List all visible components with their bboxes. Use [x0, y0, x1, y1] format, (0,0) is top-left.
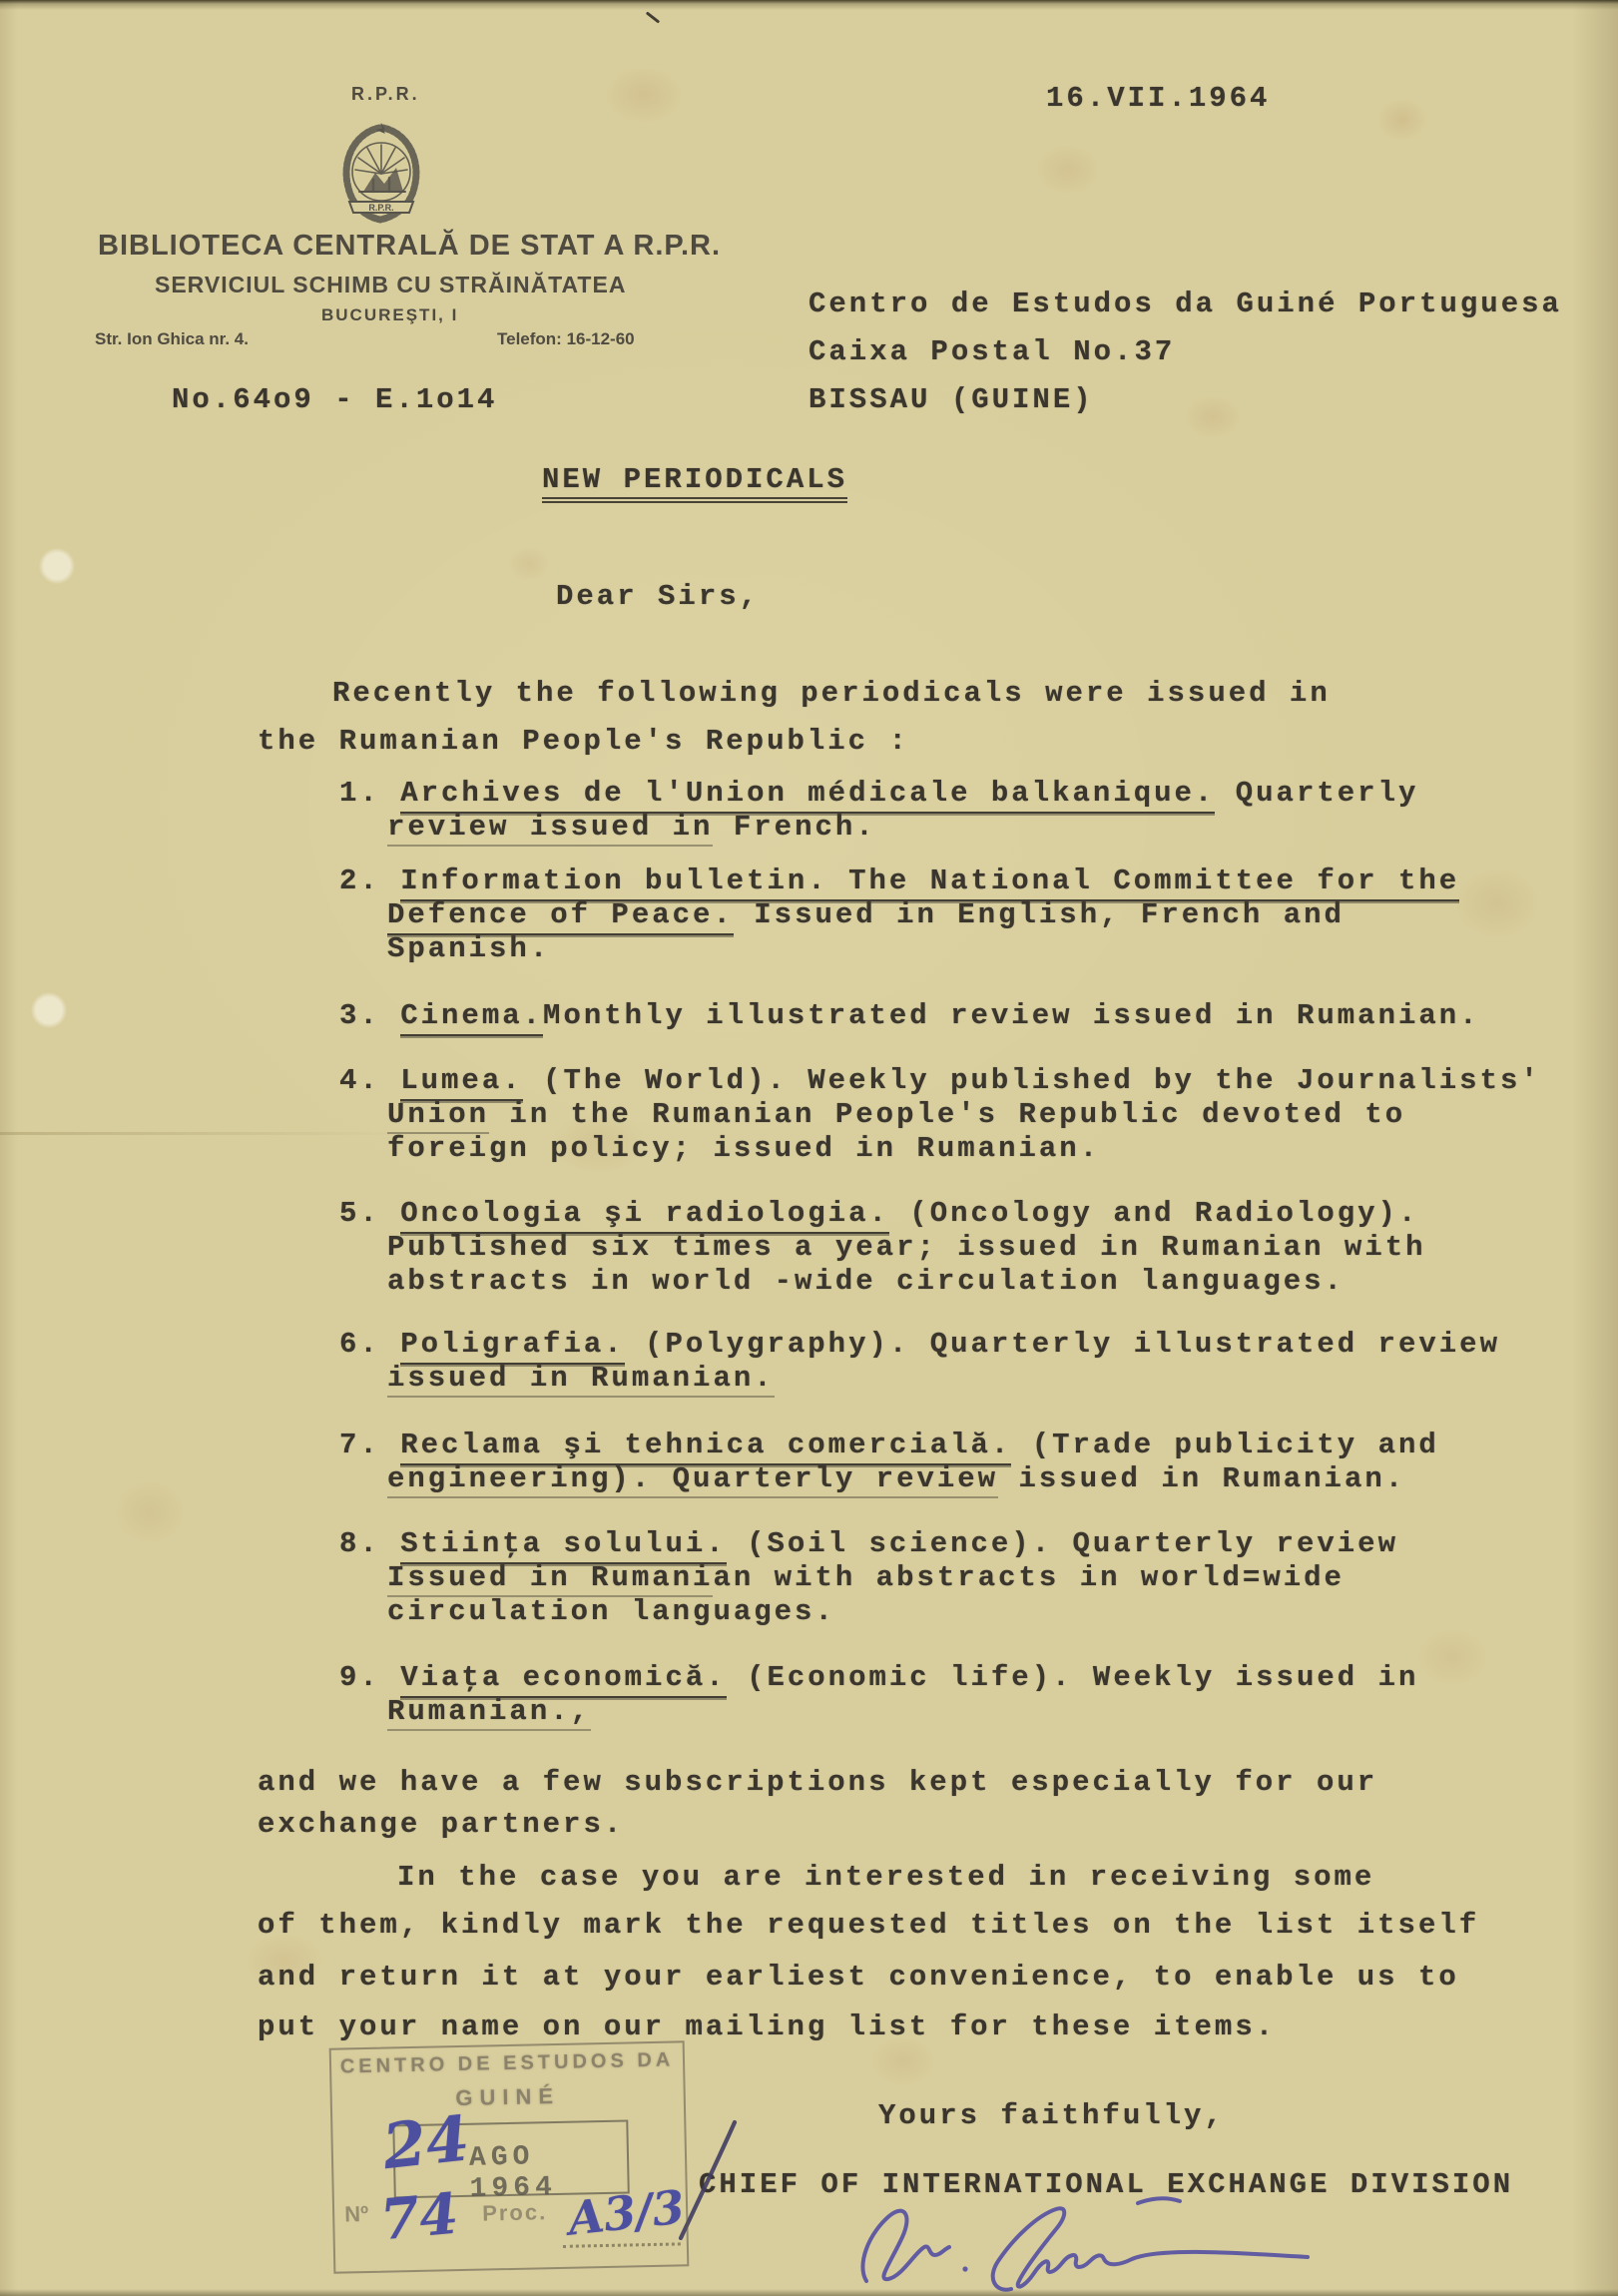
body-line: 1. Archives de l'Union médicale balkaniq…: [339, 779, 1418, 808]
periodical-title: Viaţa economică.: [400, 1661, 726, 1698]
recipient-city: BISSAU (GUINE): [809, 385, 1094, 414]
body-text: foreign policy; issued in Rumanian.: [387, 1132, 1100, 1165]
body-text: review issued in: [387, 811, 713, 847]
body-text: (Polygraphy). Quarterly illustrated revi…: [625, 1328, 1500, 1361]
body-line: put your name on our mailing list for th…: [258, 2012, 1276, 2041]
body-text: 3.: [339, 999, 400, 1032]
body-line: 6. Poligrafia. (Polygraphy). Quarterly i…: [339, 1330, 1500, 1359]
letterhead-service: SERVICIUL SCHIMB CU STRĂINĂTATEA: [155, 272, 626, 298]
body-text: 4.: [339, 1064, 400, 1097]
body-line: foreign policy; issued in Rumanian.: [387, 1134, 1100, 1163]
body-text: circulation languages.: [387, 1595, 835, 1628]
pen-mark: [646, 11, 660, 23]
body-text: and return it at your earliest convenien…: [258, 1961, 1459, 1994]
stamp-proc-label: Proc.: [482, 2199, 548, 2226]
body-text: engineering). Quarterly review: [387, 1462, 998, 1498]
punch-hole-bottom: [31, 992, 67, 1028]
periodical-title: Archives de l'Union médicale balkanique.: [400, 777, 1215, 814]
body-text: 2.: [339, 864, 400, 897]
periodical-title: Poligrafia.: [400, 1328, 624, 1365]
body-text: (Economic life). Weekly issued in: [727, 1661, 1419, 1694]
body-line: 2. Information bulletin. The National Co…: [339, 866, 1459, 895]
periodical-title: Stiinţa solului.: [400, 1527, 726, 1564]
body-text: the Rumanian People's Republic :: [258, 725, 909, 758]
body-text: Issued in English, French and: [734, 898, 1345, 931]
body-text: abstracts in world -wide circulation lan…: [387, 1265, 1345, 1298]
body-text: 7.: [339, 1429, 400, 1461]
body-line: 9. Viaţa economică. (Economic life). Wee…: [339, 1663, 1418, 1692]
reference-number: No.64o9 - E.1o14: [172, 385, 497, 414]
body-line: and we have a few subscriptions kept esp…: [258, 1768, 1377, 1797]
body-line: 8. Stiinţa solului. (Soil science). Quar…: [339, 1529, 1398, 1558]
body-text: 5.: [339, 1197, 400, 1230]
body-text: Recently the following periodicals were …: [332, 677, 1331, 710]
recipient-name: Centro de Estudos da Guiné Portuguesa: [809, 289, 1562, 318]
body-text: exchange partners.: [258, 1808, 624, 1841]
body-line: and return it at your earliest convenien…: [258, 1963, 1459, 1992]
body-text: 1.: [339, 777, 400, 810]
body-line: Published six times a year; issued in Ru…: [387, 1233, 1426, 1262]
body-text: issued in Rumanian.: [998, 1462, 1405, 1495]
periodical-title: Reclama şi tehnica comercială.: [400, 1429, 1011, 1465]
body-line: issued in Rumanian.: [387, 1364, 775, 1393]
letterhead-rpr-label: R.P.R.: [351, 84, 420, 105]
body-line: 7. Reclama şi tehnica comercială. (Trade…: [339, 1431, 1439, 1459]
body-text: (The World). Weekly published by the Jou…: [523, 1064, 1541, 1097]
punch-hole-top: [39, 548, 75, 584]
salutation: Dear Sirs,: [556, 582, 760, 611]
body-line: abstracts in world -wide circulation lan…: [387, 1267, 1345, 1296]
body-text: French.: [713, 811, 875, 844]
stamp-number-label: Nº: [344, 2201, 368, 2227]
body-text: (Soil science). Quarterly review: [727, 1527, 1398, 1560]
body-line: exchange partners.: [258, 1810, 624, 1839]
letterhead-street-address: Str. Ion Ghica nr. 4.: [95, 329, 249, 349]
body-line: Union in the Rumanian People's Republic …: [387, 1100, 1405, 1129]
stamp-org-line2: GUINÉ: [332, 2080, 684, 2113]
body-line: review issued in French.: [387, 813, 876, 842]
periodical-title: Defence of Peace.: [387, 898, 734, 935]
body-line: Issued in Rumanian with abstracts in wor…: [387, 1563, 1345, 1592]
stamp-handwritten-day: 24: [379, 2101, 473, 2183]
rpr-coat-of-arms-emblem: R.P.R.: [333, 118, 429, 224]
body-line: In the case you are interested in receiv…: [397, 1863, 1374, 1892]
body-line: 4. Lumea. (The World). Weekly published …: [339, 1066, 1541, 1095]
arrival-stamp: CENTRO DE ESTUDOS DA GUINÉ AGO 1964 24 N…: [329, 2040, 690, 2273]
body-line: 3. Cinema.Monthly illustrated review iss…: [339, 1001, 1480, 1030]
letterhead-city: BUCUREŞTI, I: [321, 305, 458, 325]
body-text: Union: [387, 1098, 489, 1134]
body-line: engineering). Quarterly review issued in…: [387, 1464, 1405, 1493]
body-text: 6.: [339, 1328, 400, 1361]
body-text: Rumanian.,: [387, 1695, 591, 1731]
body-text: in the Rumanian People's Republic devote…: [489, 1098, 1405, 1131]
periodical-title: Information bulletin. The National Commi…: [400, 864, 1459, 901]
body-text: Published six times a year; issued in Ru…: [387, 1231, 1426, 1264]
letterhead-institution: BIBLIOTECA CENTRALĂ DE STAT A R.P.R.: [98, 230, 721, 263]
letterhead-phone: Telefon: 16-12-60: [497, 329, 635, 349]
periodical-title: Cinema.: [400, 999, 543, 1036]
stamp-handwritten-number: 74: [377, 2180, 461, 2253]
stamp-org-line1: CENTRO DE ESTUDOS DA: [331, 2048, 683, 2078]
recipient-po-box: Caixa Postal No.37: [809, 337, 1175, 366]
body-text: (Oncology and Radiology).: [889, 1197, 1418, 1230]
signature-ink: [838, 2181, 1387, 2296]
paper-crease: [0, 1132, 429, 1135]
body-line: Rumanian.,: [387, 1697, 591, 1726]
body-line: Recently the following periodicals were …: [332, 679, 1331, 708]
body-text: an with abstracts in world=wide: [713, 1561, 1345, 1594]
body-text: Issued in Rumani: [387, 1561, 713, 1597]
body-text: issued in Rumanian.: [387, 1362, 775, 1398]
svg-text:R.P.R.: R.P.R.: [368, 203, 393, 213]
body-line: Defence of Peace. Issued in English, Fre…: [387, 900, 1345, 929]
body-line: Spanish.: [387, 934, 550, 963]
body-text: Spanish.: [387, 932, 550, 965]
body-text: and we have a few subscriptions kept esp…: [258, 1766, 1377, 1799]
body-text: Monthly illustrated review issued in Rum…: [543, 999, 1480, 1032]
body-line: circulation languages.: [387, 1597, 835, 1626]
valediction: Yours faithfully,: [878, 2101, 1225, 2130]
scanned-letter-page: R.P.R. R.P.R. BIBLIOTECA CENTRALĂ DE STA…: [0, 0, 1618, 2296]
body-line: 5. Oncologia şi radiologia. (Oncology an…: [339, 1199, 1418, 1228]
body-line: of them, kindly mark the requested title…: [258, 1911, 1479, 1940]
body-text: put your name on our mailing list for th…: [258, 2010, 1276, 2043]
body-text: 8.: [339, 1527, 400, 1560]
body-text: (Trade publicity and: [1011, 1429, 1438, 1461]
subject-heading: NEW PERIODICALS: [542, 465, 847, 503]
periodical-title: Oncologia şi radiologia.: [400, 1197, 889, 1234]
body-text: of them, kindly mark the requested title…: [258, 1909, 1479, 1942]
body-text: In the case you are interested in receiv…: [397, 1861, 1374, 1894]
letter-date: 16.VII.1964: [1046, 84, 1270, 113]
body-text: Quarterly: [1215, 777, 1418, 810]
periodical-title: Lumea.: [400, 1064, 522, 1101]
stamp-handwritten-proc: A3/3: [566, 2179, 688, 2245]
body-text: 9.: [339, 1661, 400, 1694]
body-line: the Rumanian People's Republic :: [258, 727, 909, 756]
